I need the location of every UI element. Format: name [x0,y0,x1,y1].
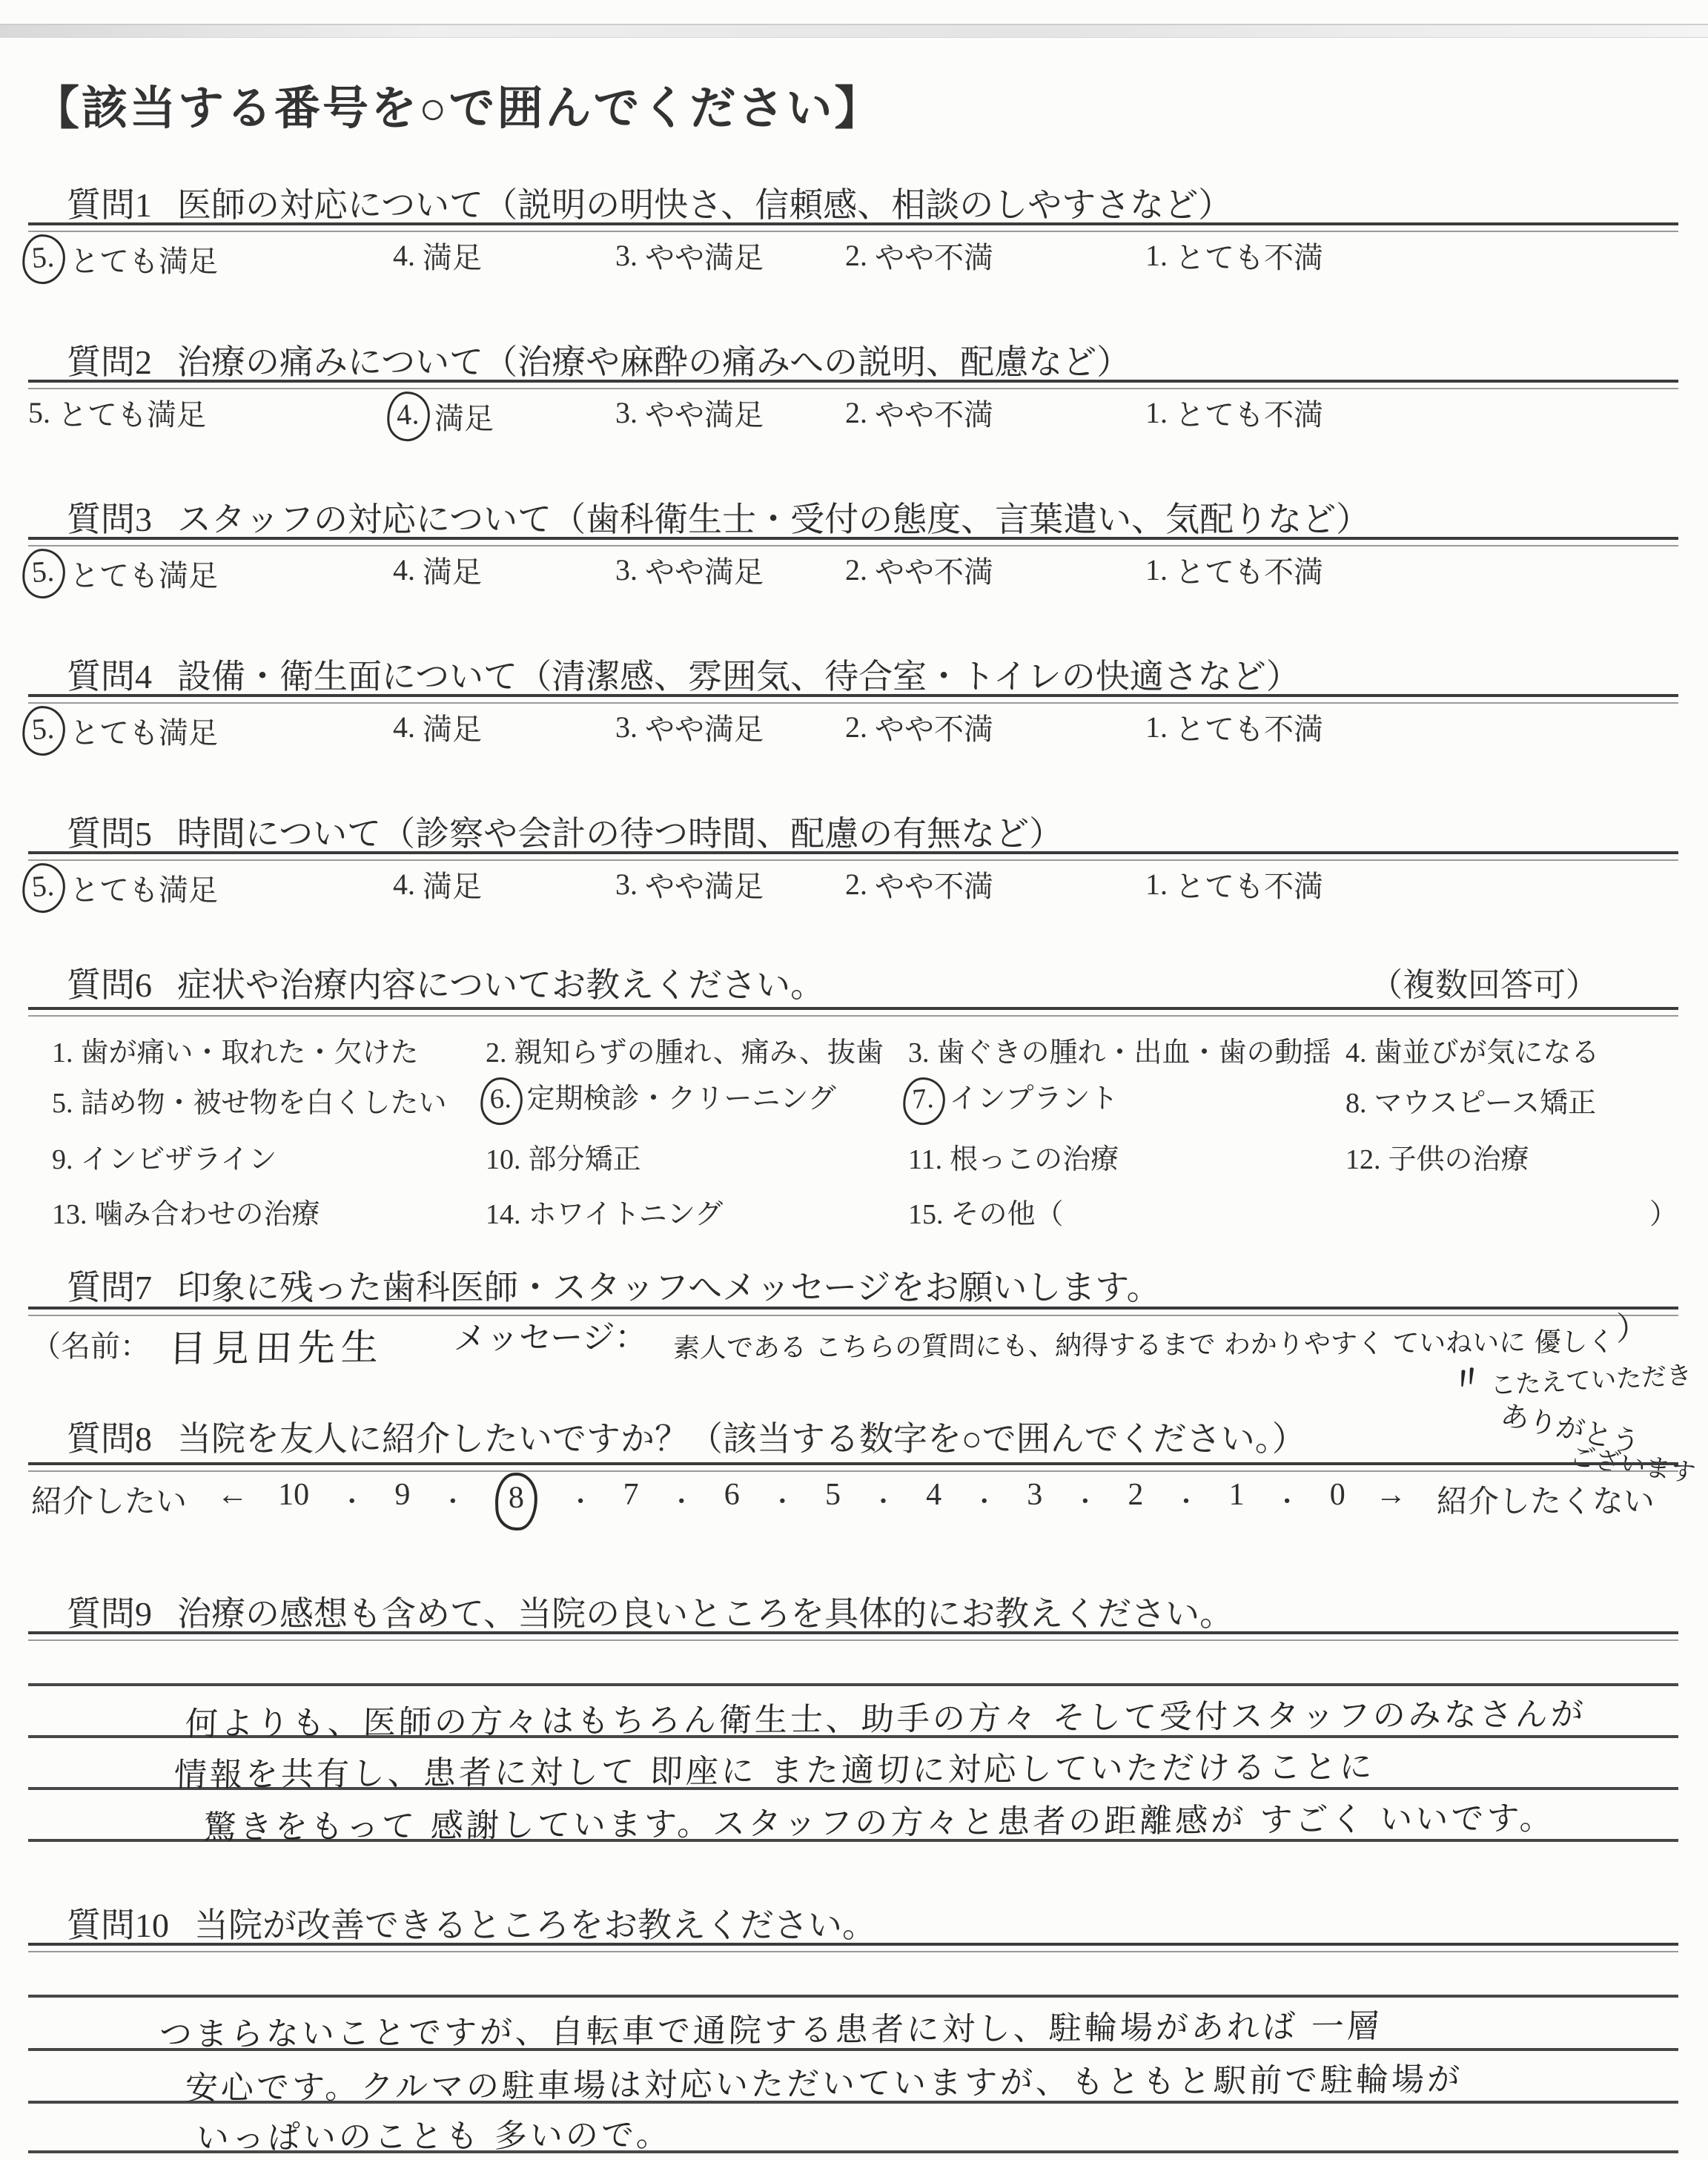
scale-3: 3 [1027,1477,1042,1513]
symptom-item-3: 3.歯ぐきの腫れ・出血・歯の動揺 [908,1029,1331,1070]
question-7-heading: 質問7印象に残った歯科医師・スタッフへメッセージをお願いします。 [67,1261,1161,1309]
scale-9: 9 [394,1477,410,1513]
answer-line [28,1683,1678,1686]
q3-option-4: 4.満足 [393,549,482,591]
scale-2: 2 [1128,1477,1143,1513]
scale-dot: ・ [1174,1477,1199,1518]
symptom-item-12: 12.子供の治療 [1345,1136,1529,1177]
question-1-underline [28,222,1678,232]
question-6-underline [28,1007,1678,1017]
question-6-note: （複数回答可） [1370,958,1598,1005]
q5-option-5: 5.とても満足 [22,863,218,913]
question-9-label: 質問9 [67,1595,152,1633]
scale-7: 7 [623,1477,639,1513]
question-5-title: 時間について（診察や会計の待つ時間、配慮の有無など） [177,815,1063,853]
q1-option-4: 4.満足 [393,234,482,277]
symptom-item-9: 9.インビザライン [52,1136,277,1177]
question-1-title: 医師の対応について（説明の明快さ、信頼感、相談のしやすさなど） [177,186,1232,224]
scale-dot: ・ [568,1477,593,1518]
symptom-item-5: 5.詰め物・被せ物を白くしたい [52,1080,447,1120]
scale-dot: ・ [769,1477,795,1518]
scale-10: 10 [278,1477,309,1513]
question-8-label: 質問8 [67,1420,152,1458]
scale-right-arrow: → [1375,1477,1406,1513]
question-5-options: 5.とても満足 4.満足 3.やや満足 2.やや不満 1.とても不満 [0,863,1708,908]
question-7-label: 質問7 [67,1269,152,1307]
q10-handwritten-line-2: 安心です。クルマの駐車場は対応いただいていますが、もともと駅前で駐輪場が [185,2052,1463,2109]
q4-option-3: 3.やや満足 [615,706,764,748]
q5-option-2: 2.やや不満 [845,863,993,905]
symptom-item-15-close-paren: ） [1649,1191,1678,1232]
scale-8-circled: 8 [494,1472,539,1531]
q2-option-1: 1.とても不満 [1145,392,1323,434]
q6-circle-mark-7: 7. [901,1076,947,1126]
question-4-underline [28,694,1678,704]
question-10-heading: 質問10当院が改善できるところをお教えください。 [67,1898,876,1947]
q4-option-2: 2.やや不満 [845,706,993,748]
question-8-title: 当院を友人に紹介したいですか？（該当する数字を○で囲んでください。） [177,1420,1306,1458]
q2-option-5: 5.とても満足 [28,392,206,434]
answer-line [28,1995,1678,1998]
scale-dot: ・ [1073,1477,1098,1518]
question-6-heading: 質問6症状や治療内容についてお教えください。 [67,958,824,1007]
question-9-title: 治療の感想も含めて、当院の良いところを具体的にお教えください。 [177,1595,1234,1633]
question-2-options: 5.とても満足 4.満足 3.やや満足 2.やや不満 1.とても不満 [0,392,1708,436]
symptom-item-10: 10.部分矯正 [486,1136,641,1177]
q2-option-2: 2.やや不満 [845,392,993,434]
q4-option-5: 5.とても満足 [22,706,218,756]
page-title: 【該当する番号を○で囲んでください】 [33,71,882,137]
question-4-label: 質問4 [67,658,152,696]
question-4-options: 5.とても満足 4.満足 3.やや満足 2.やや不満 1.とても不満 [0,706,1708,750]
question-1-heading: 質問1医師の対応について（説明の明快さ、信頼感、相談のしやすさなど） [67,178,1232,227]
question-3-underline [28,537,1678,546]
symptom-item-13: 13.噛み合わせの治療 [52,1191,320,1232]
q1-option-2: 2.やや不満 [845,234,993,277]
q3-option-2: 2.やや不満 [845,549,993,591]
scale-dot: ・ [340,1477,365,1518]
symptom-item-14: 14.ホワイトニング [486,1191,723,1232]
scale-1: 1 [1229,1477,1245,1513]
q9-handwritten-line-2: 情報を共有し、患者に対して 即座に また適切に対応していただけることに [173,1740,1376,1795]
scale-dot: ・ [669,1477,694,1518]
scale-dot: ・ [871,1477,896,1518]
q6-circle-mark-6: 6. [479,1076,524,1126]
question-4-heading: 質問4設備・衛生面について（清潔感、雰囲気、待合室・トイレの快適さなど） [67,650,1300,698]
symptom-item-15: 15.その他（ [908,1191,1064,1232]
scale-5: 5 [825,1477,841,1513]
question-7-underline [28,1307,1678,1316]
q5-option-3: 3.やや満足 [615,863,764,905]
symptom-item-6: 6.定期検診・クリーニング [480,1075,836,1125]
question-8-heading: 質問8当院を友人に紹介したいですか？（該当する数字を○で囲んでください。） [67,1412,1306,1461]
q2-option-4: 4.満足 [387,392,494,441]
question-5-label: 質問5 [67,815,152,853]
q4-option-4: 4.満足 [393,706,482,748]
question-2-heading: 質問2治療の痛みについて（治療や麻酔の痛みへの説明、配慮など） [67,335,1131,384]
q9-handwritten-line-1: 何よりも、医師の方々はもちろん衛生士、助手の方々 そして受付スタッフのみなさんが [185,1687,1587,1744]
symptom-item-2: 2.親知らずの腫れ、痛み、抜歯 [486,1029,884,1070]
question-4-title: 設備・衛生面について（清潔感、雰囲気、待合室・トイレの快適さなど） [177,658,1300,696]
question-8-underline [28,1462,1678,1472]
scale-dot: ・ [1274,1477,1300,1518]
q1-option-3: 3.やや満足 [615,234,764,277]
question-5-heading: 質問5時間について（診察や会計の待つ時間、配慮の有無など） [67,807,1063,856]
q3-circle-mark: 5. [21,547,67,600]
message-field-prefix: メッセージ： [453,1310,648,1359]
question-7-title: 印象に残った歯科医師・スタッフへメッセージをお願いします。 [177,1269,1161,1307]
q4-option-1: 1.とても不満 [1145,706,1323,748]
question-10-underline [28,1943,1678,1952]
q4-circle-mark: 5. [21,704,67,757]
symptom-item-4: 4.歯並びが気になる [1345,1029,1600,1070]
question-5-underline [28,851,1678,861]
scale-left-arrow: ← [217,1477,248,1513]
q3-option-1: 1.とても不満 [1145,549,1323,591]
q2-option-3: 3.やや満足 [615,392,764,434]
symptom-item-7: 7.インプラント [903,1075,1119,1125]
recommend-scale: 紹介したい ← 10 ・ 9 ・ 8 ・ 7 ・ 6 ・ 5 ・ 4 ・ 3 ・… [31,1477,1655,1530]
question-3-label: 質問3 [67,501,152,538]
scale-dot: ・ [972,1477,997,1518]
q1-option-1: 1.とても不満 [1145,234,1323,277]
scale-right-label: 紹介したくない [1437,1477,1655,1522]
scale-left-label: 紹介したい [31,1477,187,1522]
question-2-label: 質問2 [67,343,152,381]
name-field-value: 目見田先生 [168,1318,385,1373]
q2-circle-mark: 4. [385,390,432,443]
question-1-options: 5.とても満足 4.満足 3.やや満足 2.やや不満 1.とても不満 [0,234,1708,279]
scale-dot: ・ [440,1477,466,1518]
question-3-options: 5.とても満足 4.満足 3.やや満足 2.やや不満 1.とても不満 [0,549,1708,593]
q9-handwritten-line-3: 驚きをもって 感謝しています。スタッフの方々と患者の距離感が すごく いいです。 [203,1791,1556,1849]
question-10-label: 質問10 [67,1906,169,1944]
q5-option-4: 4.満足 [393,863,482,905]
q3-option-3: 3.やや満足 [615,549,764,591]
scale-4: 4 [926,1477,941,1513]
scale-6: 6 [724,1477,740,1513]
question-6-title: 症状や治療内容についてお教えください。 [177,966,824,1004]
q1-circle-mark: 5. [21,233,67,285]
symptom-item-11: 11.根っこの治療 [908,1136,1119,1177]
q1-option-5: 5.とても満足 [22,234,218,284]
question-3-heading: 質問3スタッフの対応について（歯科衛生士・受付の態度、言葉遣い、気配りなど） [67,492,1370,541]
q3-option-5: 5.とても満足 [22,549,218,598]
question-2-title: 治療の痛みについて（治療や麻酔の痛みへの説明、配慮など） [177,343,1131,381]
question-10-title: 当院が改善できるところをお教えください。 [194,1906,876,1944]
q5-circle-mark: 5. [21,862,67,914]
name-field-prefix: （名前： [31,1323,150,1365]
scanned-survey-page: 【該当する番号を○で囲んでください】 質問1医師の対応について（説明の明快さ、信… [0,0,1708,2160]
question-6-label: 質問6 [67,966,152,1004]
message-close-paren: ） [1616,1302,1649,1350]
q10-handwritten-line-3: いっぱいのことも 多いので。 [196,2108,672,2159]
question-2-underline [28,380,1678,389]
symptom-item-1: 1.歯が痛い・取れた・欠けた [52,1029,419,1070]
scan-artifact-band [0,24,1708,38]
q5-option-1: 1.とても不満 [1145,863,1323,905]
symptom-item-8: 8.マウスピース矯正 [1345,1080,1596,1120]
question-1-label: 質問1 [67,186,152,224]
question-9-heading: 質問9治療の感想も含めて、当院の良いところを具体的にお教えください。 [67,1587,1234,1636]
question-3-title: スタッフの対応について（歯科衛生士・受付の態度、言葉遣い、気配りなど） [177,501,1370,538]
question-9-underline [28,1631,1678,1641]
scale-0: 0 [1330,1477,1345,1513]
q10-handwritten-line-1: つまらないことですが、自転車で通院する患者に対し、駐輪場があれば 一層 [159,1999,1383,2055]
